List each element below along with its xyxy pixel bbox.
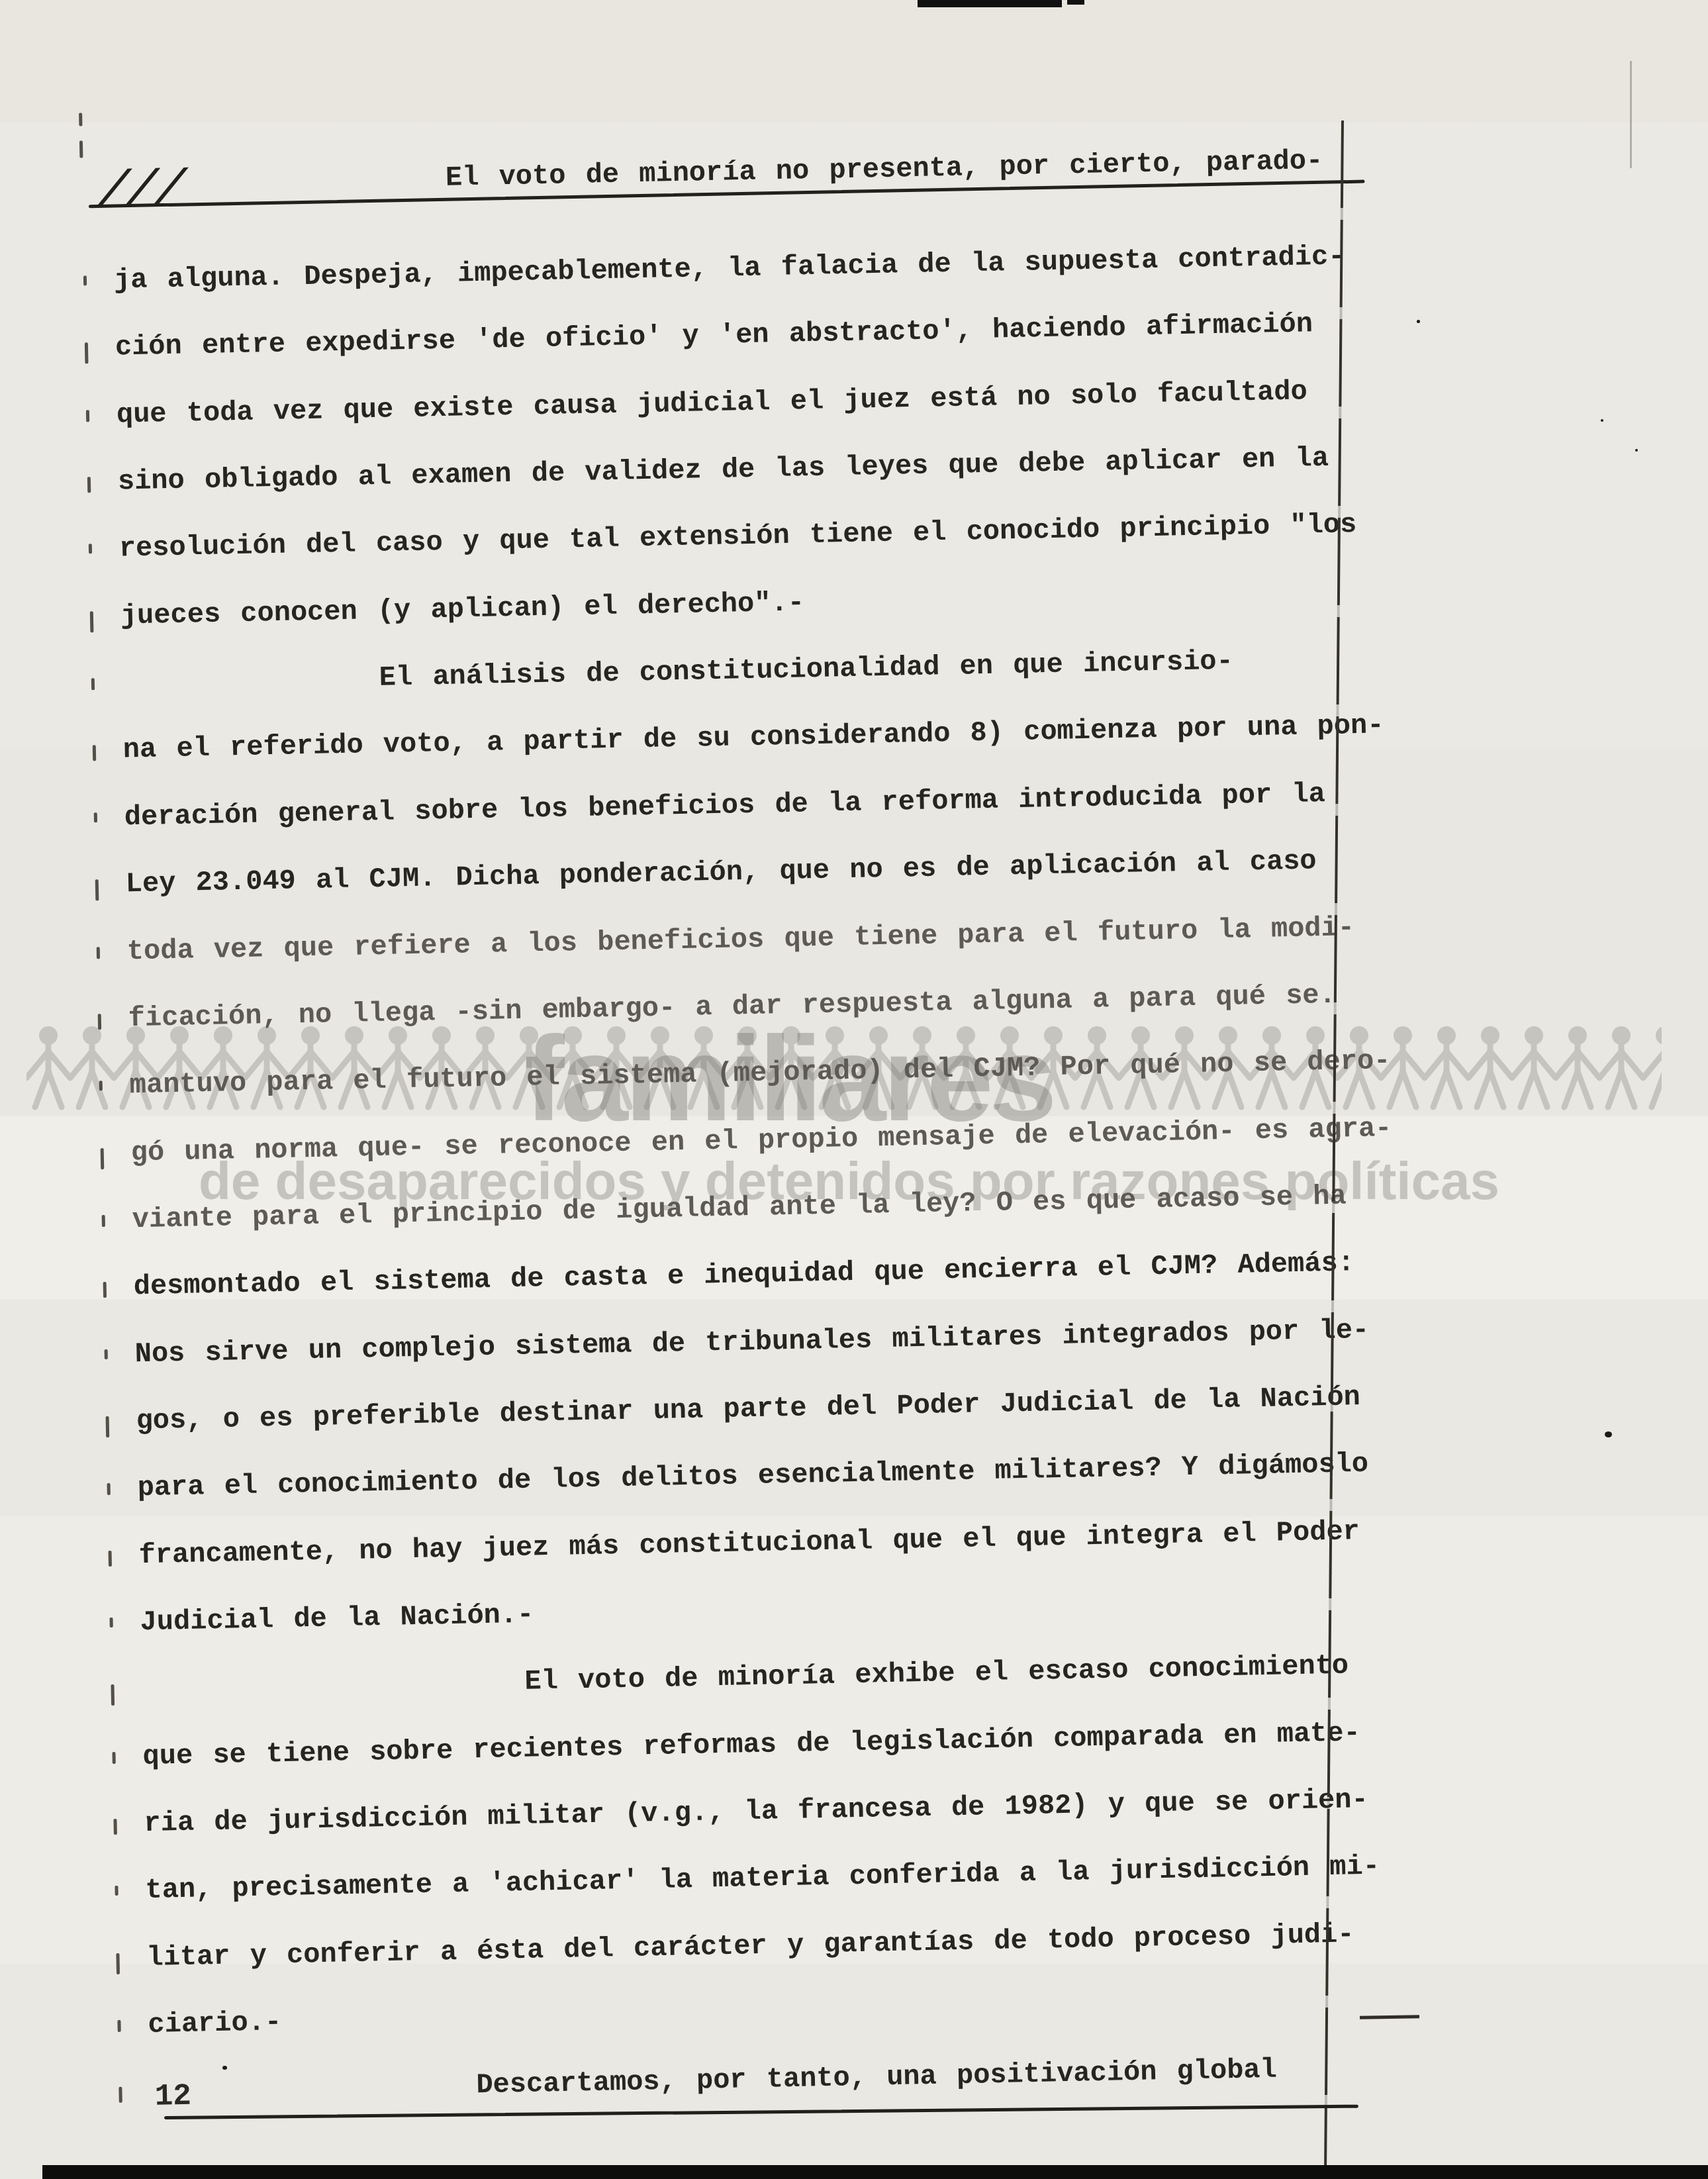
scanned-document-page: familiares de desaparecidos y detenidos … [0,0,1708,2179]
left-margin-tick [116,1953,120,1974]
left-margin-tick [119,2087,122,2103]
scanner-bottom-edge [42,2165,1708,2179]
left-margin-tick [97,947,100,959]
typed-line: gos, o es preferible destinar una parte … [136,1381,1360,1437]
left-margin-tick [90,611,94,632]
page-edge-shadow [1630,61,1632,168]
left-margin-tick [107,1483,111,1495]
typed-line: litar y conferir a ésta del carácter y g… [146,1918,1354,1974]
scanner-edge-mark-small [1067,0,1084,5]
left-margin-tick [109,1551,112,1567]
typed-line: ción entre expedirse 'de oficio' y 'en a… [115,308,1313,363]
left-margin-tick [115,1886,118,1896]
left-margin-tick [94,812,97,822]
typed-line: na el referido voto, a partir de su cons… [122,710,1384,766]
scan-speck [222,2066,227,2070]
scan-speck [1605,1431,1612,1437]
left-margin-tick [105,1349,108,1359]
typed-line: resolución del caso y que tal extensión … [119,508,1356,565]
typed-line: para el conocimiento de los delitos esen… [137,1448,1368,1504]
typed-text-block: /// El voto de minoría no presenta, por … [0,0,1708,2179]
scan-speck [1635,449,1638,452]
left-margin-tick [103,1282,107,1298]
typed-line: jueces conocen (y aplican) el derecho".- [120,587,804,632]
typed-line: ficación, no llega -sin embargo- a dar r… [128,979,1336,1035]
left-margin-tick [95,879,99,900]
typed-line: El voto de minoría exhibe el escaso cono… [524,1650,1349,1698]
left-margin-tick [87,477,91,493]
left-margin-tick [85,343,89,364]
typed-line: que toda vez que existe causa judicial e… [117,375,1308,430]
left-margin-tick [102,1215,105,1227]
left-margin-tick [86,410,89,422]
left-margin-tick [93,746,96,761]
typed-line: ciario.- [148,2006,282,2041]
left-margin-tick [117,2020,120,2032]
typed-line: Descartamos, por tanto, una positivación… [476,2054,1277,2102]
left-margin-tick [106,1416,110,1437]
scan-speck [1601,419,1603,422]
typed-line: mantuvo para el futuro el sistema (mejor… [129,1045,1390,1101]
typed-line: ria de jurisdicción militar (v.g., la fr… [144,1784,1368,1839]
typed-line: gó una norma que- se reconoce en el prop… [130,1112,1392,1169]
left-margin-tick [113,1819,117,1835]
left-margin-tick [112,1752,115,1764]
page-number: 12 [154,2079,191,2114]
left-margin-tick [79,113,82,126]
left-margin-tick [111,1684,115,1706]
left-margin-tick [83,275,87,285]
typed-line: desmontado el sistema de casta e inequid… [133,1247,1354,1302]
left-margin-tick [79,140,83,158]
typed-line: que se tiene sobre recientes reformas de… [142,1717,1360,1772]
typed-line: ja alguna. Despeja, impecablemente, la f… [114,240,1345,296]
typed-line: viante para el principio de igualdad ant… [132,1180,1347,1235]
typed-line: francamente, no hay juez más constitucio… [138,1516,1360,1571]
scanner-edge-mark [918,0,1062,7]
typed-line: Nos sirve un complejo sistema de tribuna… [134,1314,1369,1369]
typed-line: tan, precisamente a 'achicar' la materia… [145,1851,1380,1906]
typed-line: El análisis de constitucionalidad en que… [379,646,1233,694]
typed-line: Judicial de la Nación.- [140,1599,534,1639]
margin-hatch-mark: /// [91,162,195,220]
typed-line: Ley 23.049 al CJM. Dicha ponderación, qu… [125,845,1317,900]
left-margin-tick [101,1148,105,1169]
scan-speck [1417,320,1420,323]
left-margin-tick [91,678,95,690]
typed-line: deración general sobre los beneficios de… [124,778,1325,833]
left-margin-tick [89,544,92,554]
typed-line: toda vez que refiere a los beneficios qu… [126,912,1354,967]
left-margin-tick [98,1014,101,1030]
typed-line: sino obligado al examen de validez de la… [118,442,1329,498]
left-margin-tick [110,1618,113,1627]
left-margin-tick [99,1081,103,1090]
